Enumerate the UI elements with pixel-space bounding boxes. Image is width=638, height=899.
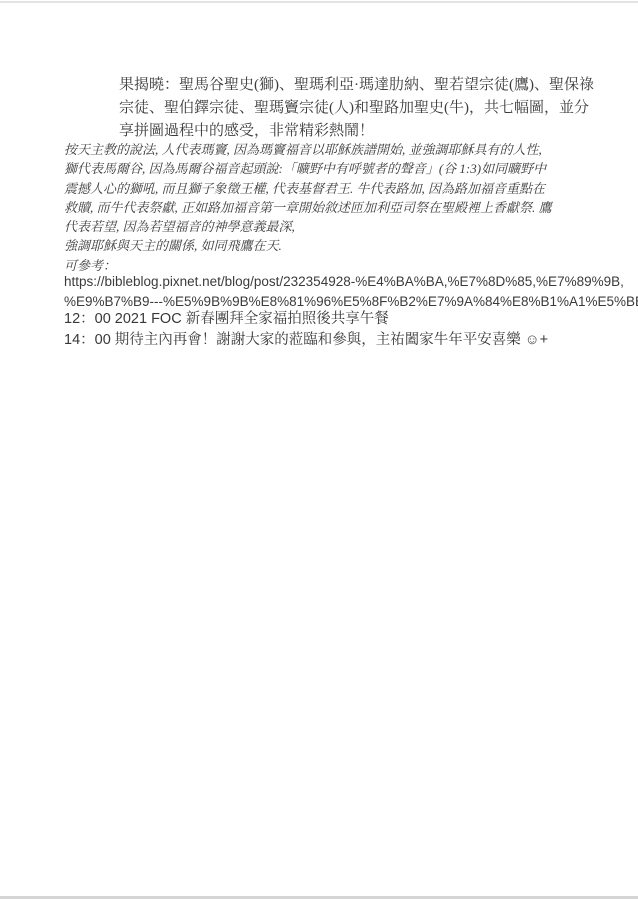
- intro-line: 宗徒、聖伯鐸宗徒、聖瑪竇宗徒(人)和聖路加聖史(牛)，共七幅圖，並分: [119, 97, 589, 120]
- page-top-edge: [0, 1, 638, 3]
- explanation-line: 獅代表馬爾谷, 因為馬爾谷福音起頭說:「曠野中有呼號者的聲音」(谷 1:3)如同…: [64, 159, 584, 178]
- explanation-line: 代表若望, 因為若望福音的神學意義最深,: [64, 217, 584, 236]
- explanation-line: 震撼人心的獅吼, 而且獅子象徵王權, 代表基督君王. 牛代表路加, 因為路加福音…: [64, 179, 584, 198]
- intro-line: 果揭曉：聖馬谷聖史(獅)、聖瑪利亞·瑪達肋納、聖若望宗徒(鷹)、聖保祿: [119, 74, 589, 97]
- schedule-line-1200: 12：00 2021 FOC 新春團拜全家福拍照後共享午餐: [64, 309, 604, 330]
- explanation-paragraph: 按天主教的說法, 人代表瑪竇, 因為瑪竇福音以耶穌族譜開始, 並強調耶穌具有的人…: [64, 140, 584, 275]
- reference-url-line[interactable]: https://bibleblog.pixnet.net/blog/post/2…: [64, 272, 584, 292]
- document-page: 果揭曉：聖馬谷聖史(獅)、聖瑪利亞·瑪達肋納、聖若望宗徒(鷹)、聖保祿 宗徒、聖…: [0, 0, 638, 899]
- explanation-line: 強調耶穌與天主的關係, 如同飛鷹在天.: [64, 236, 584, 255]
- reference-url-link[interactable]: https://bibleblog.pixnet.net/blog/post/2…: [64, 272, 584, 312]
- explanation-line: 按天主教的說法, 人代表瑪竇, 因為瑪竇福音以耶穌族譜開始, 並強調耶穌具有的人…: [64, 140, 584, 159]
- schedule: 12：00 2021 FOC 新春團拜全家福拍照後共享午餐 14：00 期待主內…: [64, 309, 604, 351]
- intro-paragraph: 果揭曉：聖馬谷聖史(獅)、聖瑪利亞·瑪達肋納、聖若望宗徒(鷹)、聖保祿 宗徒、聖…: [119, 74, 589, 143]
- schedule-line-1400: 14：00 期待主內再會！謝謝大家的蒞臨和參與，主祐闔家牛年平安喜樂 ☺+: [64, 330, 604, 351]
- explanation-line: 救贖, 而牛代表祭獻, 正如路加福音第一章開始敘述匝加利亞司祭在聖殿裡上香獻祭.…: [64, 198, 584, 217]
